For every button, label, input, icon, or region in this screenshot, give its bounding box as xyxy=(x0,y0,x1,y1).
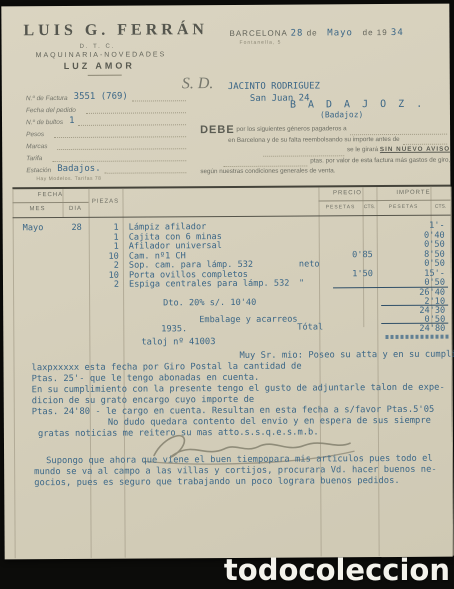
header-dia: DIA xyxy=(63,206,89,212)
debe-line3: se le girará xyxy=(347,145,378,156)
footer-print-note: Hay Modelos. Tarifas 78 xyxy=(36,176,101,182)
total-value: 24'80 xyxy=(367,324,445,334)
total-double-rule xyxy=(385,335,449,339)
letterhead-subtitle-1: D. T. C. xyxy=(80,44,116,50)
header-precio: PRECIO xyxy=(318,190,376,196)
date-city: BARCELONA xyxy=(229,29,287,38)
letterhead-subtitle-2: MAQUINARIA-NOVEDADES xyxy=(36,51,167,59)
field-label: N.º de bultos xyxy=(26,119,63,126)
date-day: 28 xyxy=(291,29,304,39)
debe-line4: ptas. por valor de esta factura más gast… xyxy=(310,155,450,166)
invoice-fields: N.º de Factura 3551 (769) Fecha del pedi… xyxy=(26,89,187,174)
field-pesos: Pesos xyxy=(26,125,186,138)
field-label: Estación xyxy=(26,167,51,174)
recipient-province: (Badajoz) xyxy=(320,110,363,119)
debe-word: DEBE xyxy=(200,125,235,136)
postscript-line: gocios, pues es seguro que trabajando un… xyxy=(34,476,452,490)
debe-conditions: DEBE por los siguientes géneros pagadero… xyxy=(200,124,450,178)
field-estacion: Estación Badajos. xyxy=(26,161,186,174)
talon-number: taloj nº 41003 xyxy=(141,337,215,347)
letterhead-brand: LUZ AMOR xyxy=(64,61,135,71)
field-value: Badajos. xyxy=(57,164,100,174)
todocoleccion-watermark: todocoleccion xyxy=(224,553,450,587)
postscript: Supongo que ahora que viene el buen tiem… xyxy=(34,454,452,490)
letterhead-rule xyxy=(88,75,122,76)
invoice-paper: LUIS G. FERRÁN D. T. C. MAQUINARIA-NOVED… xyxy=(1,4,452,560)
header-importe: IMPORTE xyxy=(376,190,450,196)
header-divider xyxy=(319,200,377,201)
date-de1: de xyxy=(307,28,318,37)
recipient-city: B A D A J O Z . xyxy=(290,99,425,111)
salutation-script: S. D. xyxy=(182,75,214,93)
debe-line1: por los siguientes géneros pagaderos a xyxy=(236,124,346,135)
field-label: N.º de Factura xyxy=(26,95,68,102)
date-line: BARCELONA 28 de Mayo de 19 34 xyxy=(229,28,403,39)
field-label: Fecha del pedido xyxy=(26,107,76,114)
date-month: Mayo xyxy=(327,28,353,38)
letterhead-street: Fontanella, 5 xyxy=(240,40,282,46)
field-fecha-pedido: Fecha del pedido xyxy=(26,101,186,114)
header-mes: MES xyxy=(13,206,63,212)
table-header: FECHA MES DIA PIEZAS PRECIO PESETAS CTS.… xyxy=(12,187,450,219)
debe-line5: según nuestras condiciones generales de … xyxy=(200,166,335,177)
sin-nuevo-aviso: SIN NUEVO AVISO xyxy=(380,145,450,156)
date-year: 34 xyxy=(391,28,404,38)
photo-background: LUIS G. FERRÁN D. T. C. MAQUINARIA-NOVED… xyxy=(0,0,454,589)
header-piezas: PIEZAS xyxy=(88,199,122,205)
field-bultos: N.º de bultos 1 xyxy=(26,113,186,126)
field-leader-line xyxy=(105,171,187,173)
header-importe-pesetas: PESETAS xyxy=(377,204,431,210)
header-divider xyxy=(13,202,89,203)
header-precio-cts: CTS. xyxy=(363,204,377,210)
field-factura: N.º de Factura 3551 (769) xyxy=(26,89,186,102)
cell-piezas: 2 xyxy=(85,280,119,290)
field-value: 1 xyxy=(69,116,74,126)
field-marcas: Marcas xyxy=(26,137,186,150)
cell-note: " xyxy=(299,279,304,289)
field-label: Pesos xyxy=(26,131,44,138)
field-label: Tarifa xyxy=(26,155,42,162)
recipient-name: JACINTO RODRIGUEZ xyxy=(228,81,320,92)
date-de2: de 19 xyxy=(363,28,388,37)
header-fecha: FECHA xyxy=(12,192,88,198)
field-leader-line xyxy=(132,99,186,101)
field-value: 3551 (769) xyxy=(74,92,128,102)
header-precio-pesetas: PESETAS xyxy=(319,204,363,210)
letterhead-company-name: LUIS G. FERRÁN xyxy=(23,21,208,40)
header-divider xyxy=(377,200,451,201)
field-tarifa: Tarifa xyxy=(26,149,186,162)
field-label: Marcas xyxy=(26,143,47,150)
header-importe-cts: CTS. xyxy=(431,204,451,210)
